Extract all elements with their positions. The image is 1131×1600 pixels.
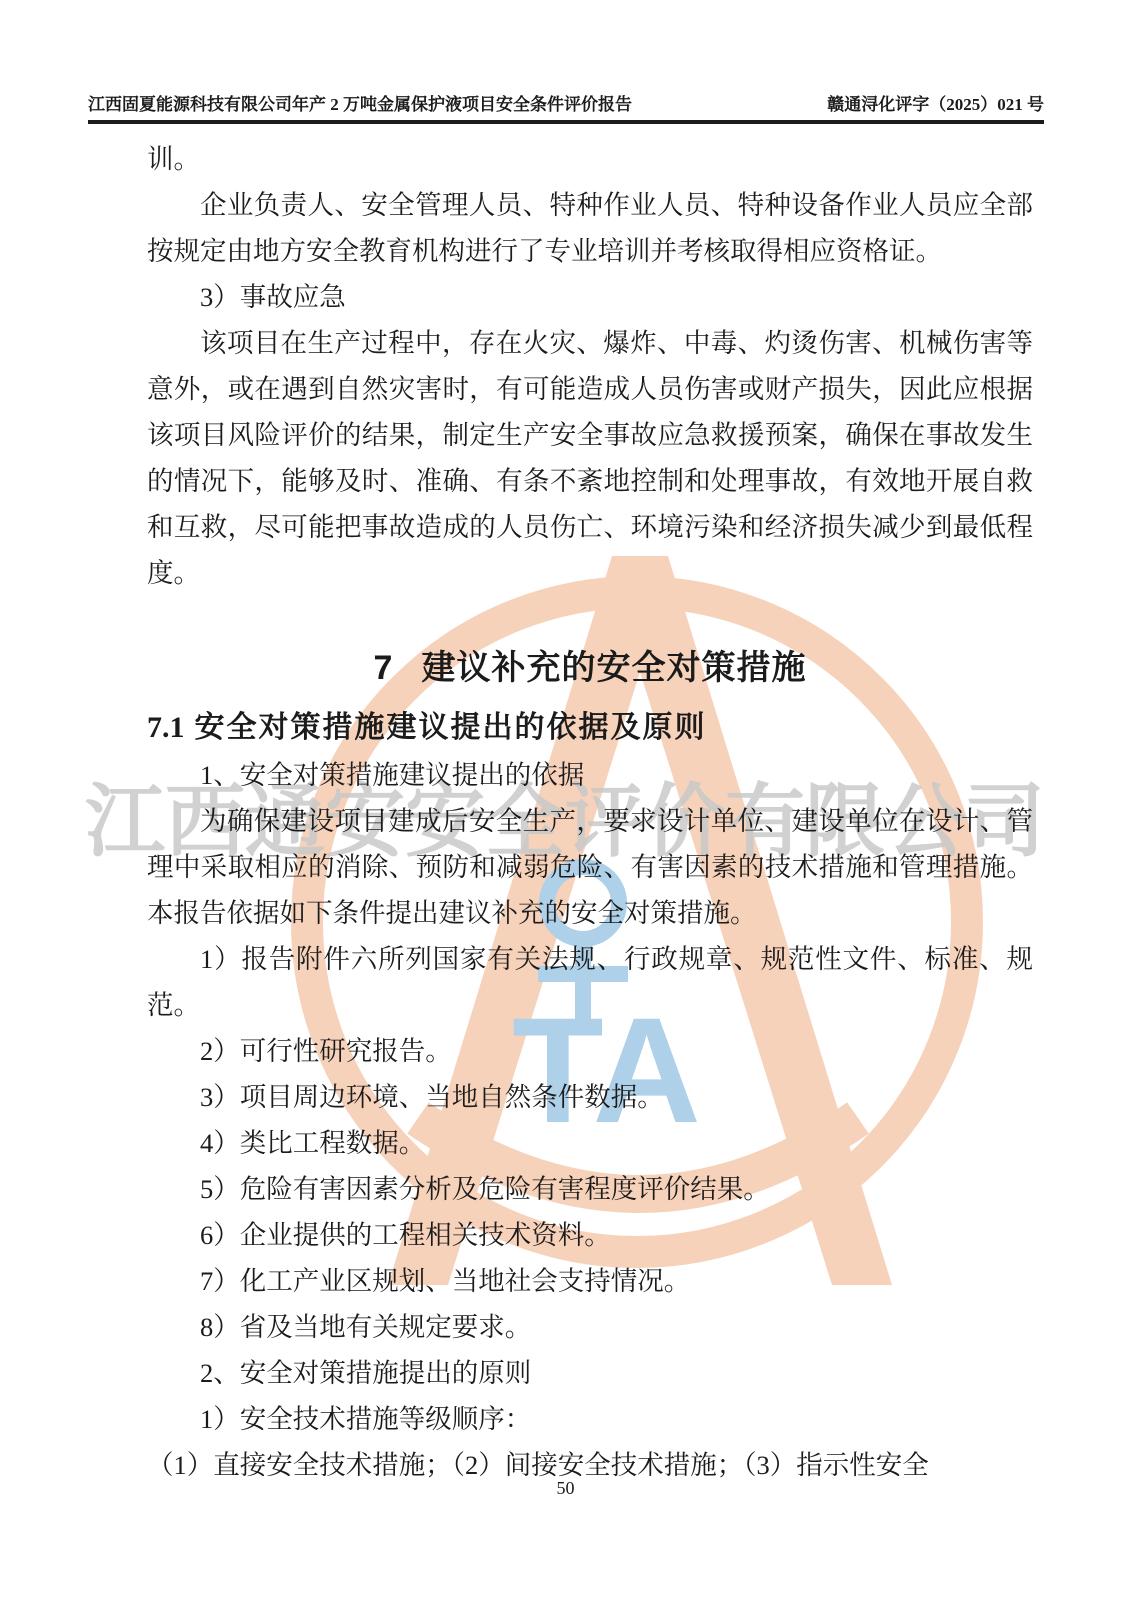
paragraph-continuation: 训。 bbox=[147, 136, 1033, 182]
section-heading: 7建议补充的安全对策措施 bbox=[147, 644, 1033, 692]
section-title: 建议补充的安全对策措施 bbox=[421, 649, 806, 687]
page-header: 江西固夏能源科技有限公司年产 2 万吨金属保护液项目安全条件评价报告 赣通浔化评… bbox=[88, 90, 1044, 124]
page-content: 江西固夏能源科技有限公司年产 2 万吨金属保护液项目安全条件评价报告 赣通浔化评… bbox=[0, 0, 1131, 1600]
subsection-heading: 7.1安全对策措施建议提出的依据及原则 bbox=[147, 706, 1033, 750]
header-report-title: 江西固夏能源科技有限公司年产 2 万吨金属保护液项目安全条件评价报告 bbox=[88, 90, 632, 115]
paragraph-list-item: 3）事故应急 bbox=[147, 274, 1033, 320]
paragraph-list-item: 3）项目周边环境、当地自然条件数据。 bbox=[147, 1074, 1033, 1120]
paragraph: 为确保建设项目建成后安全生产，要求设计单位、建设单位在设计、管理中采取相应的消除… bbox=[147, 798, 1033, 936]
paragraph-list-item: 2）可行性研究报告。 bbox=[147, 1028, 1033, 1074]
paragraph: 该项目在生产过程中，存在火灾、爆炸、中毒、灼烫伤害、机械伤害等意外，或在遇到自然… bbox=[147, 320, 1033, 596]
page-footer: 50 bbox=[0, 1478, 1131, 1499]
body-text: 训。 企业负责人、安全管理人员、特种作业人员、特种设备作业人员应全部按规定由地方… bbox=[147, 136, 1033, 1488]
paragraph-list-item: 6）企业提供的工程相关技术资料。 bbox=[147, 1212, 1033, 1258]
paragraph-list-item: 8）省及当地有关规定要求。 bbox=[147, 1304, 1033, 1350]
paragraph-list-item: 2、安全对策措施提出的原则 bbox=[147, 1350, 1033, 1396]
paragraph-list-item: 1）安全技术措施等级顺序： bbox=[147, 1396, 1033, 1442]
paragraph-list-item: 4）类比工程数据。 bbox=[147, 1120, 1033, 1166]
paragraph-list-item: 5）危险有害因素分析及危险有害程度评价结果。 bbox=[147, 1166, 1033, 1212]
document-page: TA 江西通安安全评价有限公司 江西固夏能源科技有限公司年产 2 万吨金属保护液… bbox=[0, 0, 1131, 1600]
paragraph-list-item: 1、安全对策措施建议提出的依据 bbox=[147, 752, 1033, 798]
subsection-title: 安全对策措施建议提出的依据及原则 bbox=[195, 711, 707, 744]
paragraph-list-item: 7）化工产业区规划、当地社会支持情况。 bbox=[147, 1258, 1033, 1304]
page-number: 50 bbox=[557, 1478, 575, 1498]
paragraph: 企业负责人、安全管理人员、特种作业人员、特种设备作业人员应全部按规定由地方安全教… bbox=[147, 182, 1033, 274]
section-number: 7 bbox=[374, 649, 394, 687]
header-document-number: 赣通浔化评字（2025）021 号 bbox=[827, 90, 1044, 115]
paragraph-list-item: 1）报告附件六所列国家有关法规、行政规章、规范性文件、标准、规范。 bbox=[147, 936, 1033, 1028]
subsection-number: 7.1 bbox=[147, 711, 185, 744]
